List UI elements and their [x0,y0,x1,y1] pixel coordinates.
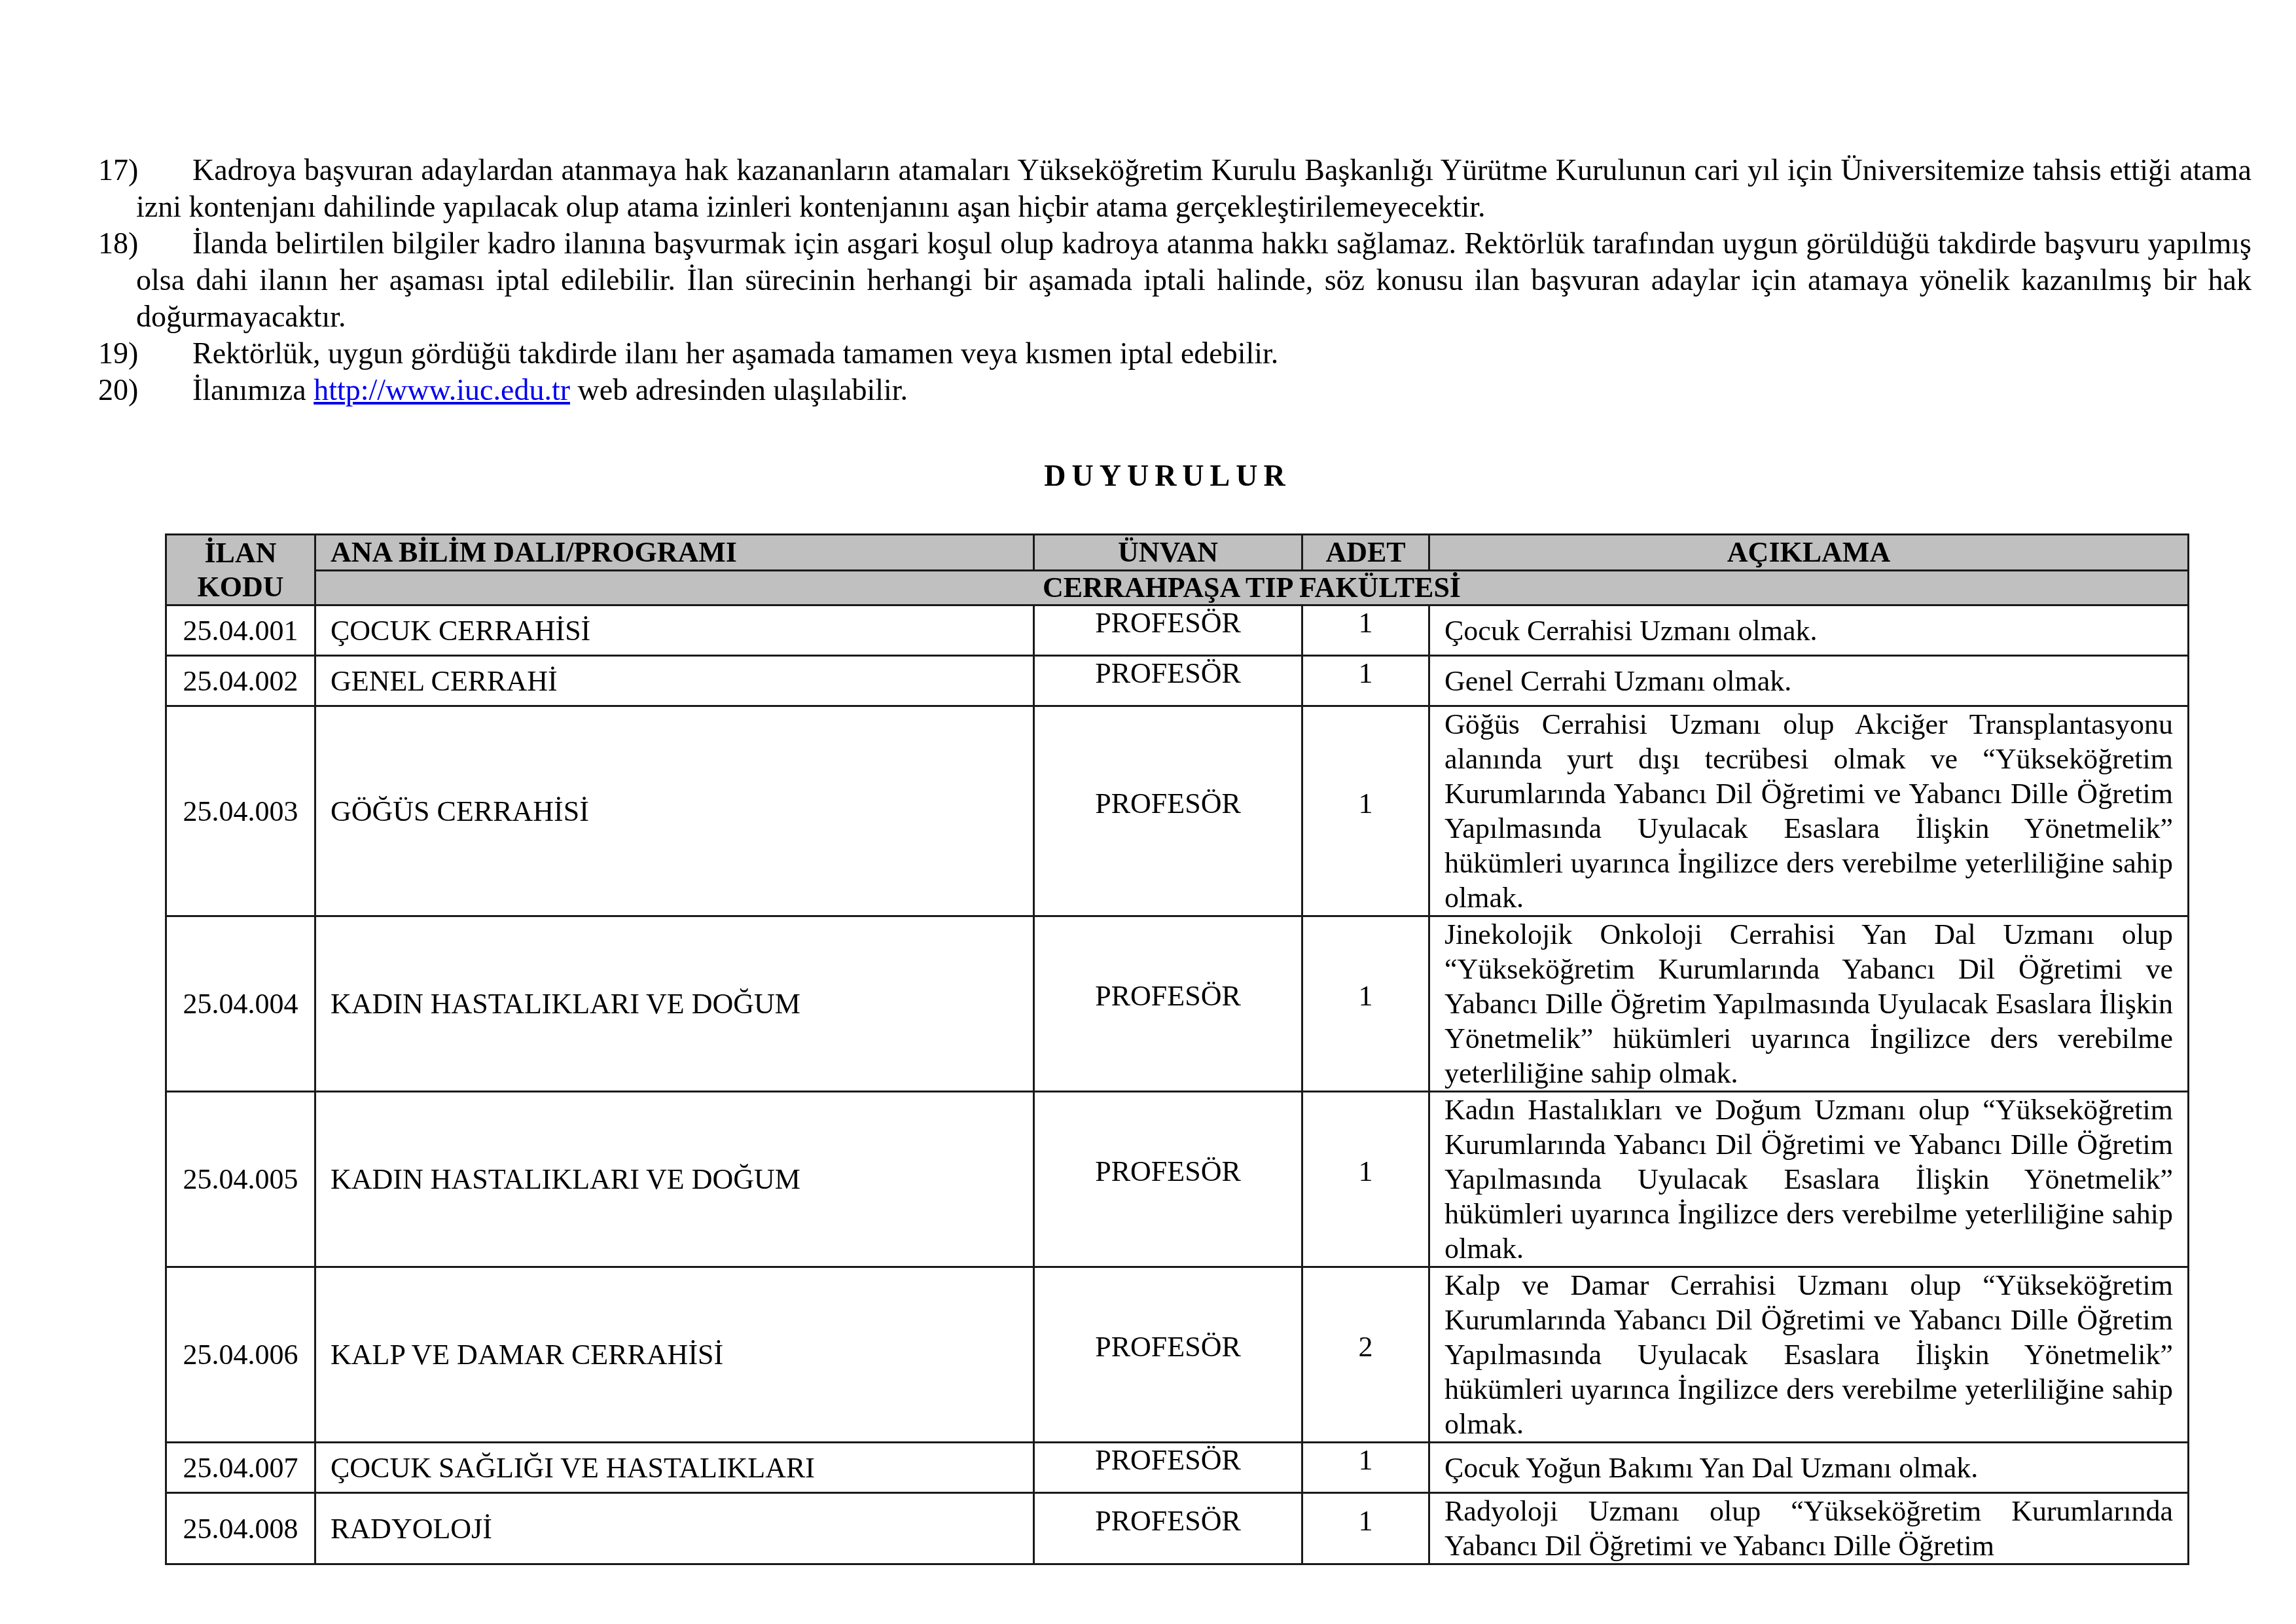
table-row: 25.04.007 ÇOCUK SAĞLIĞI VE HASTALIKLARI … [166,1443,2189,1493]
header-description: AÇIKLAMA [1429,535,2189,571]
description: Radyoloji Uzmanı olup “Yükseköğretim Kur… [1429,1493,2189,1564]
ilan-code: 25.04.007 [166,1443,315,1493]
website-link[interactable]: http://www.iuc.edu.tr [314,373,570,406]
header-ilan-kodu: İLAN KODU [166,535,315,605]
condition-number: 18) [98,225,137,262]
description: Jinekolojik Onkoloji Cerrahisi Yan Dal U… [1429,916,2189,1092]
table-row: 25.04.003 GÖĞÜS CERRAHİSİ PROFESÖR 1 Göğ… [166,706,2189,916]
condition-text-after: web adresinden ulaşılabilir. [570,373,908,406]
count: 1 [1302,916,1429,1092]
department: KADIN HASTALIKLARI VE DOĞUM [315,916,1034,1092]
faculty-name: CERRAHPAŞA TIP FAKÜLTESİ [315,571,2189,605]
department: KADIN HASTALIKLARI VE DOĞUM [315,1092,1034,1267]
condition-item-19: 19) Rektörlük, uygun gördüğü takdirde il… [98,335,2251,372]
department: RADYOLOJİ [315,1493,1034,1564]
ilan-code: 25.04.003 [166,706,315,916]
department: ÇOCUK SAĞLIĞI VE HASTALIKLARI [315,1443,1034,1493]
faculty-row: CERRAHPAŞA TIP FAKÜLTESİ [166,571,2189,605]
condition-text: Rektörlük, uygun gördüğü takdirde ilanı … [192,336,1278,370]
title: PROFESÖR [1034,605,1302,656]
positions-table: İLAN KODU ANA BİLİM DALI/PROGRAMI ÜNVAN … [165,533,2189,1565]
title: PROFESÖR [1034,1443,1302,1493]
header-count: ADET [1302,535,1429,571]
header-title: ÜNVAN [1034,535,1302,571]
department: ÇOCUK CERRAHİSİ [315,605,1034,656]
description: Çocuk Cerrahisi Uzmanı olmak. [1429,605,2189,656]
condition-text: İlanda belirtilen bilgiler kadro ilanına… [136,226,2251,333]
description: Göğüs Cerrahisi Uzmanı olup Akciğer Tran… [1429,706,2189,916]
count: 1 [1302,1092,1429,1267]
department: KALP VE DAMAR CERRAHİSİ [315,1267,1034,1443]
table-row: 25.04.008 RADYOLOJİ PROFESÖR 1 Radyoloji… [166,1493,2189,1564]
table-row: 25.04.001 ÇOCUK CERRAHİSİ PROFESÖR 1 Çoc… [166,605,2189,656]
condition-text: Kadroya başvuran adaylardan atanmaya hak… [136,153,2251,223]
ilan-code: 25.04.004 [166,916,315,1092]
condition-item-17: 17) Kadroya başvuran adaylardan atanmaya… [98,152,2251,225]
table-row: 25.04.006 KALP VE DAMAR CERRAHİSİ PROFES… [166,1267,2189,1443]
count: 1 [1302,605,1429,656]
count: 1 [1302,706,1429,916]
count: 2 [1302,1267,1429,1443]
table-row: 25.04.005 KADIN HASTALIKLARI VE DOĞUM PR… [166,1092,2189,1267]
condition-number: 17) [98,152,137,189]
condition-number: 19) [98,335,137,372]
conditions-list: 17) Kadroya başvuran adaylardan atanmaya… [98,152,2251,408]
department: GENEL CERRAHİ [315,656,1034,706]
table-row: 25.04.002 GENEL CERRAHİ PROFESÖR 1 Genel… [166,656,2189,706]
ilan-code: 25.04.005 [166,1092,315,1267]
description: Kadın Hastalıkları ve Doğum Uzmanı olup … [1429,1092,2189,1267]
table-row: 25.04.004 KADIN HASTALIKLARI VE DOĞUM PR… [166,916,2189,1092]
count: 1 [1302,1493,1429,1564]
ilan-code: 25.04.002 [166,656,315,706]
description: Genel Cerrahi Uzmanı olmak. [1429,656,2189,706]
ilan-code: 25.04.006 [166,1267,315,1443]
announcement-heading: DUYURULUR [0,458,2296,493]
title: PROFESÖR [1034,656,1302,706]
condition-item-20: 20) İlanımıza http://www.iuc.edu.tr web … [98,372,2251,408]
count: 1 [1302,1443,1429,1493]
ilan-code: 25.04.008 [166,1493,315,1564]
document-page: 17) Kadroya başvuran adaylardan atanmaya… [0,0,2296,1624]
description: Çocuk Yoğun Bakımı Yan Dal Uzmanı olmak. [1429,1443,2189,1493]
condition-number: 20) [98,372,137,408]
title: PROFESÖR [1034,1493,1302,1564]
condition-text-before: İlanımıza [192,373,314,406]
header-department: ANA BİLİM DALI/PROGRAMI [315,535,1034,571]
department: GÖĞÜS CERRAHİSİ [315,706,1034,916]
description: Kalp ve Damar Cerrahisi Uzmanı olup “Yük… [1429,1267,2189,1443]
condition-item-18: 18) İlanda belirtilen bilgiler kadro ila… [98,225,2251,335]
title: PROFESÖR [1034,706,1302,916]
table-header-row: İLAN KODU ANA BİLİM DALI/PROGRAMI ÜNVAN … [166,535,2189,571]
title: PROFESÖR [1034,1267,1302,1443]
title: PROFESÖR [1034,916,1302,1092]
title: PROFESÖR [1034,1092,1302,1267]
count: 1 [1302,656,1429,706]
ilan-code: 25.04.001 [166,605,315,656]
